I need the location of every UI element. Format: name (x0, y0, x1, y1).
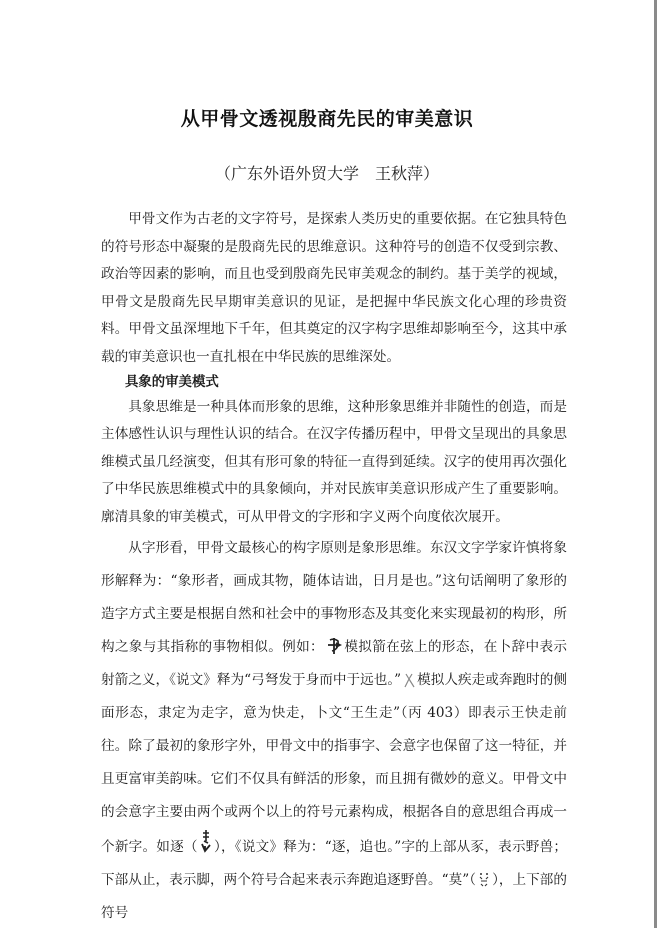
oracle-arrow-glyph-icon (326, 637, 342, 655)
document-body: 甲骨文作为古老的文字符号，是探索人类历史的重要依据。在它独具特色的符号形态中凝聚… (101, 206, 567, 928)
author-affiliation: （广东外语外贸大学 王秋萍） (0, 161, 654, 184)
document-title: 从甲骨文透视殷商先民的审美意识 (0, 104, 654, 131)
glyph-paragraph: 从字形看，甲骨文最核心的构字原则是象形思维。东汉文字学家许慎将象形解释为：“象形… (101, 532, 567, 928)
section-heading: 具象的审美模式 (101, 372, 567, 394)
intro-paragraph: 甲骨文作为古老的文字符号，是探索人类历史的重要依据。在它独具特色的符号形态中凝聚… (101, 206, 567, 372)
document-page: 从甲骨文透视殷商先民的审美意识 （广东外语外贸大学 王秋萍） 甲骨文作为古老的文… (0, 0, 657, 928)
glyph-paragraph-text-3: 模拟人疾走或奔跑时的侧面形态，隶定为走字，意为快走，卜文“王生走”（丙 403）… (101, 672, 567, 855)
section-paragraph: 具象思维是一种具体而形象的思维，这种形象思维并非随性的创造，而是主体感性认识与理… (101, 394, 567, 532)
oracle-chase-glyph-icon (200, 829, 212, 853)
oracle-running-person-glyph-icon (403, 672, 415, 688)
oracle-dusk-glyph-icon (478, 872, 490, 888)
